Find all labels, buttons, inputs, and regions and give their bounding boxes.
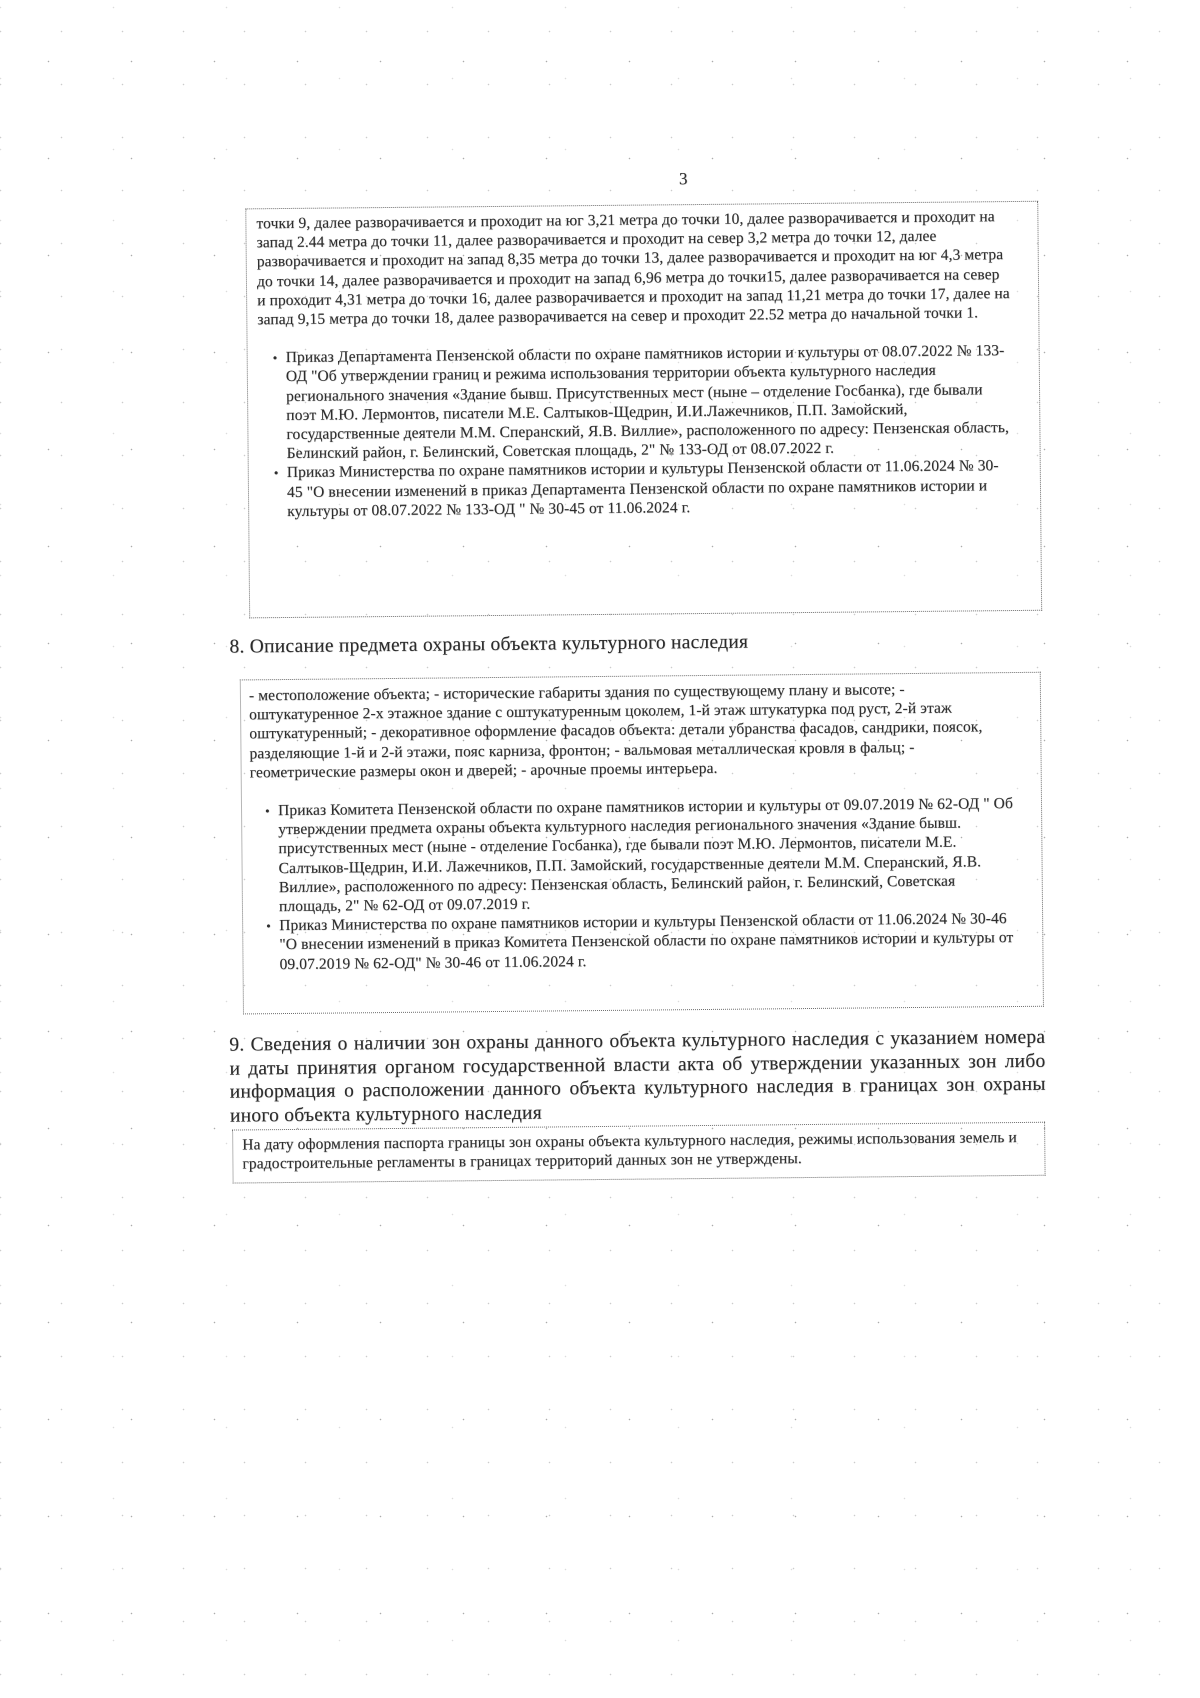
- order-item: Приказ Министерства по охране памятников…: [287, 456, 1013, 521]
- scanned-document-page: 3 точки 9, далее разворачивается и прохо…: [0, 0, 1200, 1698]
- section-9-heading: 9. Сведения о наличии зон охраны данного…: [229, 1026, 1046, 1128]
- page-content: 3 точки 9, далее разворачивается и прохо…: [0, 0, 1200, 1698]
- order-item: Приказ Комитета Пензенской области по ох…: [278, 794, 1016, 916]
- protection-zones-box: На дату оформления паспорта границы зон …: [232, 1122, 1045, 1184]
- protection-subject-paragraph: - местоположение объекта; - исторические…: [249, 679, 1015, 782]
- boundary-description-paragraph: точки 9, далее разворачивается и проходи…: [256, 207, 1010, 329]
- territory-orders-list: Приказ Департамента Пензенской области п…: [258, 341, 1013, 521]
- protection-subject-box: - местоположение объекта; - исторические…: [240, 672, 1044, 1015]
- page-number: 3: [679, 169, 688, 189]
- protection-zones-paragraph: На дату оформления паспорта границы зон …: [242, 1128, 1020, 1174]
- order-item: Приказ Департамента Пензенской области п…: [286, 341, 1012, 463]
- order-item: Приказ Министерства по охране памятников…: [279, 909, 1017, 974]
- section-8-heading: 8. Описание предмета охраны объекта куль…: [229, 629, 1041, 659]
- protection-orders-list: Приказ Комитета Пензенской области по ох…: [250, 794, 1017, 974]
- territory-description-box: точки 9, далее разворачивается и проходи…: [245, 201, 1042, 619]
